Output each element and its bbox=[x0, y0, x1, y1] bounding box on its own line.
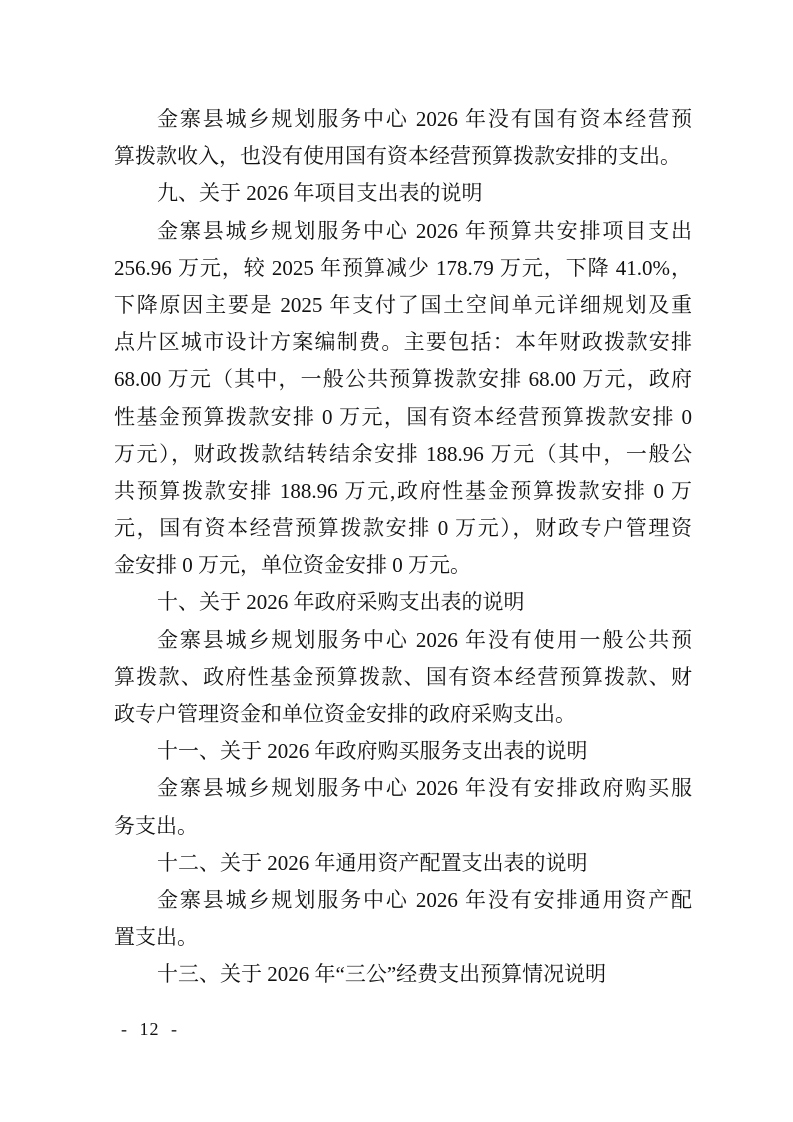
page-number: - 12 - bbox=[121, 1018, 178, 1040]
text-line: 算拨款、政府性基金预算拨款、国有资本经营预算拨款、财 bbox=[114, 659, 692, 696]
text-line: 下降原因主要是 2025 年支付了国土空间单元详细规划及重 bbox=[114, 287, 692, 324]
text-line: 金寨县城乡规划服务中心 2026 年没有安排政府购买服 bbox=[114, 770, 692, 807]
text-line: 256.96 万元，较 2025 年预算减少 178.79 万元，下降 41.0… bbox=[114, 250, 692, 287]
text-line: 十二、关于 2026 年通用资产配置支出表的说明 bbox=[114, 845, 692, 882]
text-line: 点片区城市设计方案编制费。主要包括：本年财政拨款安排 bbox=[114, 324, 692, 361]
text-line: 68.00 万元（其中，一般公共预算拨款安排 68.00 万元，政府 bbox=[114, 361, 692, 398]
text-line: 政专户管理资金和单位资金安排的政府采购支出。 bbox=[114, 696, 692, 733]
text-line: 元，国有资本经营预算拨款安排 0 万元），财政专户管理资 bbox=[114, 510, 692, 547]
text-line: 算拨款收入，也没有使用国有资本经营预算拨款安排的支出。 bbox=[114, 138, 692, 175]
text-line: 金寨县城乡规划服务中心 2026 年没有国有资本经营预 bbox=[114, 101, 692, 138]
section-heading: 十、关于 2026 年政府采购支出表的说明 bbox=[114, 584, 692, 621]
section-heading: 十三、关于 2026 年“三公”经费支出预算情况说明 bbox=[114, 956, 692, 993]
text-line: 务支出。 bbox=[114, 808, 692, 845]
text-line: 十一、关于 2026 年政府购买服务支出表的说明 bbox=[114, 733, 692, 770]
text-line: 性基金预算拨款安排 0 万元，国有资本经营预算拨款安排 0 bbox=[114, 399, 692, 436]
body-paragraph: 金寨县城乡规划服务中心 2026 年没有安排政府购买服务支出。 bbox=[114, 770, 692, 844]
body-paragraph: 金寨县城乡规划服务中心 2026 年没有安排通用资产配置支出。 bbox=[114, 882, 692, 956]
text-line: 置支出。 bbox=[114, 919, 692, 956]
section-heading: 十二、关于 2026 年通用资产配置支出表的说明 bbox=[114, 845, 692, 882]
body-paragraph: 金寨县城乡规划服务中心 2026 年没有国有资本经营预算拨款收入，也没有使用国有… bbox=[114, 101, 692, 175]
text-line: 金寨县城乡规划服务中心 2026 年没有使用一般公共预 bbox=[114, 622, 692, 659]
text-line: 共预算拨款安排 188.96 万元,政府性基金预算拨款安排 0 万 bbox=[114, 473, 692, 510]
text-line: 万元），财政拨款结转结余安排 188.96 万元（其中，一般公 bbox=[114, 436, 692, 473]
document-page: 金寨县城乡规划服务中心 2026 年没有国有资本经营预算拨款收入，也没有使用国有… bbox=[0, 0, 793, 1122]
text-line: 十三、关于 2026 年“三公”经费支出预算情况说明 bbox=[114, 956, 692, 993]
text-line: 金寨县城乡规划服务中心 2026 年预算共安排项目支出 bbox=[114, 213, 692, 250]
section-heading: 九、关于 2026 年项目支出表的说明 bbox=[114, 175, 692, 212]
text-line: 九、关于 2026 年项目支出表的说明 bbox=[114, 175, 692, 212]
text-line: 金安排 0 万元，单位资金安排 0 万元。 bbox=[114, 547, 692, 584]
body-paragraph: 金寨县城乡规划服务中心 2026 年预算共安排项目支出256.96 万元，较 2… bbox=[114, 213, 692, 585]
section-heading: 十一、关于 2026 年政府购买服务支出表的说明 bbox=[114, 733, 692, 770]
body-paragraph: 金寨县城乡规划服务中心 2026 年没有使用一般公共预算拨款、政府性基金预算拨款… bbox=[114, 622, 692, 734]
text-line: 金寨县城乡规划服务中心 2026 年没有安排通用资产配 bbox=[114, 882, 692, 919]
document-blocks: 金寨县城乡规划服务中心 2026 年没有国有资本经营预算拨款收入，也没有使用国有… bbox=[114, 101, 692, 994]
text-line: 十、关于 2026 年政府采购支出表的说明 bbox=[114, 584, 692, 621]
